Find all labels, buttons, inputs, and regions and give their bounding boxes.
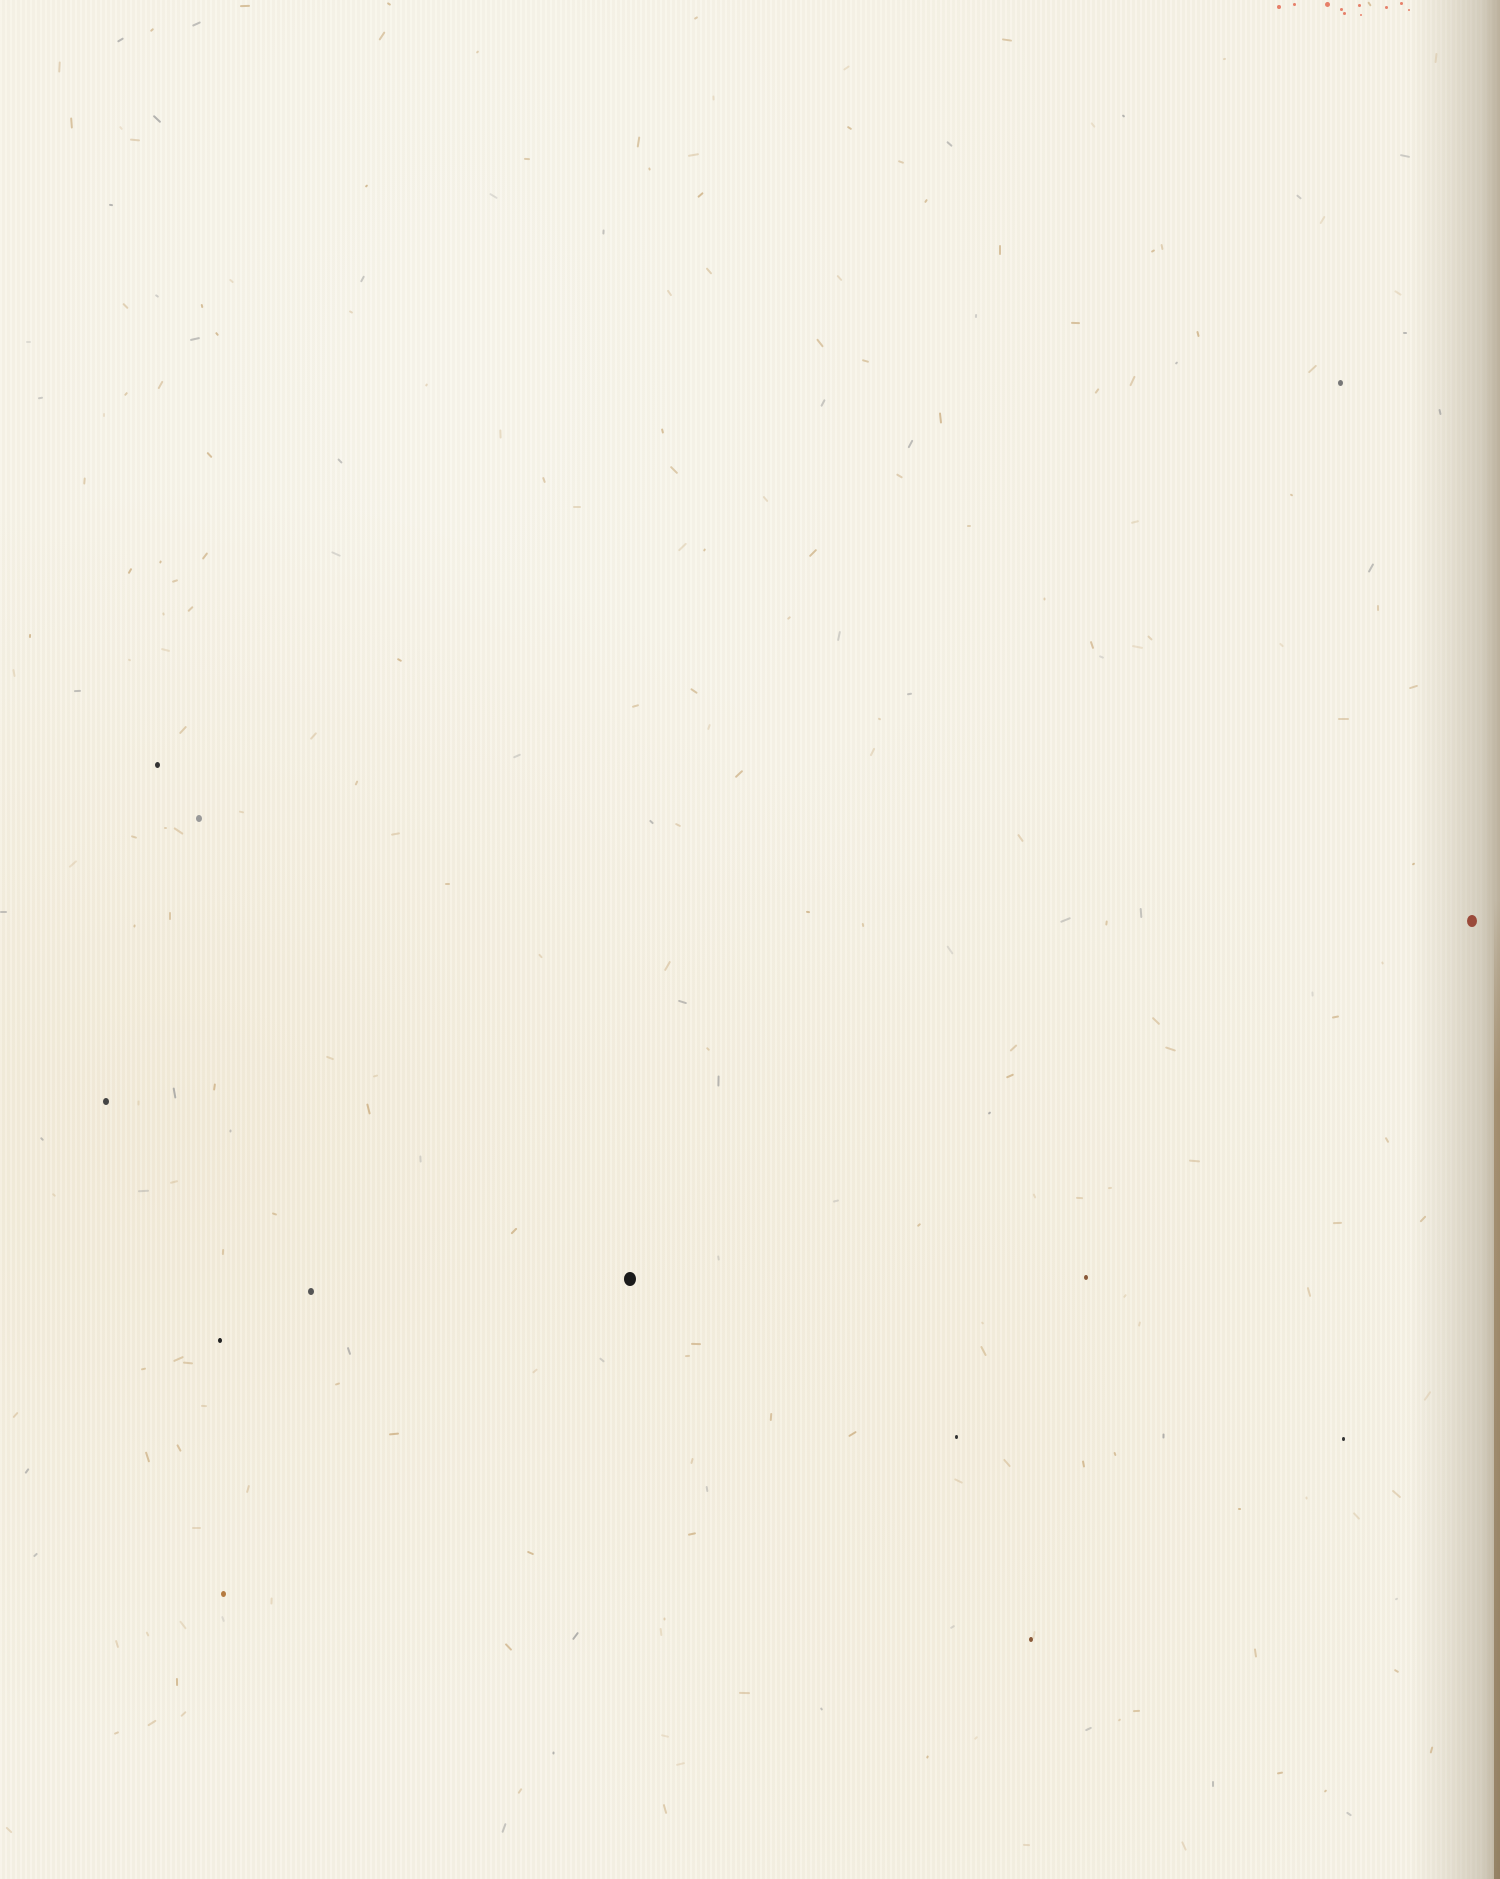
- paper-fiber: [599, 1357, 605, 1362]
- paper-fiber: [663, 1617, 665, 1620]
- paper-fiber: [1133, 1710, 1140, 1712]
- paper-fiber: [735, 770, 744, 778]
- paper-fiber: [926, 1755, 929, 1759]
- paper-fiber: [820, 399, 826, 407]
- paper-fiber: [145, 1451, 150, 1462]
- paper-fiber: [179, 726, 187, 735]
- paper-fiber: [215, 332, 219, 336]
- paper-fiber: [706, 1047, 710, 1051]
- paper-fiber: [1105, 920, 1108, 925]
- red-ink-speck: [1343, 12, 1346, 15]
- paper-fiber: [833, 1199, 839, 1202]
- paper-fiber: [1296, 194, 1302, 199]
- paper-fiber: [1181, 1841, 1187, 1851]
- paper-fiber: [975, 314, 977, 318]
- paper-fiber: [378, 31, 385, 40]
- paper-fiber: [103, 413, 105, 417]
- paper-fiber: [335, 1382, 340, 1385]
- red-ink-speck: [1277, 5, 1281, 9]
- page-edge-stain: [1494, 900, 1500, 1879]
- paper-fiber: [787, 616, 791, 620]
- paper-fiber: [678, 542, 687, 551]
- paper-fiber: [24, 1468, 29, 1474]
- paper-fiber: [1333, 1222, 1342, 1224]
- paper-fiber: [222, 1249, 224, 1255]
- paper-fiber: [162, 612, 165, 615]
- paper-fiber: [202, 552, 208, 560]
- paper-speck: [1338, 380, 1343, 386]
- paper-fiber: [159, 560, 162, 563]
- paper-fiber: [717, 1255, 720, 1260]
- paper-fiber: [707, 724, 711, 730]
- paper-fiber: [999, 245, 1001, 255]
- paper-fiber: [1367, 1, 1371, 6]
- paper-fiber: [542, 477, 546, 483]
- paper-fiber: [532, 1368, 538, 1373]
- paper-fiber: [128, 568, 133, 574]
- paper-fiber: [499, 429, 501, 438]
- paper-speck: [624, 1272, 636, 1286]
- blank-paper-page: [0, 0, 1500, 1879]
- paper-fiber: [1160, 244, 1163, 250]
- paper-fiber: [1223, 58, 1226, 61]
- paper-fiber: [131, 835, 137, 839]
- paper-fiber: [387, 2, 391, 6]
- red-ink-speck: [1358, 4, 1361, 7]
- paper-fiber: [489, 193, 498, 199]
- paper-fiber: [83, 477, 86, 484]
- paper-fiber: [1147, 635, 1153, 641]
- paper-fiber: [331, 551, 341, 557]
- red-ink-speck: [1325, 2, 1330, 7]
- paper-fiber: [137, 1100, 139, 1105]
- paper-fiber: [1338, 718, 1349, 720]
- paper-fiber: [1113, 1452, 1116, 1456]
- paper-fiber: [272, 1212, 277, 1216]
- paper-fiber: [147, 1720, 157, 1727]
- paper-fiber: [355, 780, 359, 785]
- paper-fiber: [637, 136, 641, 147]
- paper-fiber: [366, 1103, 371, 1114]
- paper-fiber: [1140, 908, 1143, 918]
- paper-fiber: [706, 267, 713, 274]
- paper-fiber: [649, 820, 654, 825]
- paper-fiber: [1033, 1193, 1037, 1198]
- red-ink-speck: [1340, 8, 1343, 11]
- paper-fiber: [988, 1111, 992, 1114]
- paper-fiber: [770, 1413, 773, 1421]
- paper-fiber: [946, 141, 953, 147]
- paper-fiber: [1307, 1287, 1312, 1297]
- paper-fiber: [12, 669, 15, 677]
- paper-fiber: [717, 1075, 719, 1086]
- paper-fiber: [712, 95, 714, 100]
- paper-fiber: [153, 115, 162, 123]
- paper-speck: [218, 1338, 222, 1343]
- paper-fiber: [115, 1640, 119, 1648]
- paper-fiber: [239, 811, 244, 814]
- paper-fiber: [1122, 114, 1126, 117]
- paper-fiber: [1324, 1789, 1328, 1793]
- paper-fiber: [29, 634, 31, 638]
- paper-fiber: [183, 1362, 193, 1365]
- paper-fiber: [1023, 1844, 1030, 1846]
- paper-fiber: [1032, 1631, 1035, 1639]
- red-ink-speck: [1400, 2, 1403, 5]
- paper-fiber: [445, 883, 450, 885]
- paper-fiber: [908, 440, 914, 449]
- paper-speck: [196, 815, 202, 822]
- paper-fiber: [133, 924, 136, 927]
- paper-fiber: [1394, 290, 1402, 296]
- paper-speck: [221, 1591, 226, 1597]
- paper-fiber: [1400, 154, 1410, 158]
- paper-fiber: [501, 1823, 506, 1833]
- paper-fiber: [1132, 645, 1143, 649]
- paper-fiber: [26, 341, 31, 343]
- paper-fiber: [907, 693, 912, 696]
- paper-fiber: [513, 754, 521, 759]
- paper-fiber: [1108, 1187, 1112, 1189]
- paper-fiber: [573, 506, 581, 508]
- paper-fiber: [517, 1788, 522, 1794]
- paper-fiber: [201, 1405, 207, 1407]
- paper-fiber: [164, 827, 167, 829]
- paper-fiber: [192, 1527, 201, 1529]
- paper-fiber: [1090, 122, 1095, 128]
- paper-fiber: [1196, 331, 1199, 337]
- paper-speck: [1342, 1437, 1345, 1441]
- paper-fiber: [1394, 1669, 1399, 1673]
- paper-fiber: [896, 473, 903, 478]
- paper-fiber: [1395, 1597, 1399, 1600]
- paper-fiber: [1010, 1044, 1018, 1052]
- paper-fiber: [150, 28, 154, 32]
- paper-fiber: [1319, 216, 1325, 225]
- paper-fiber: [155, 294, 159, 298]
- paper-fiber: [1381, 961, 1384, 965]
- paper-fiber: [176, 1678, 178, 1686]
- paper-fiber: [1002, 38, 1012, 41]
- paper-fiber: [870, 748, 876, 757]
- paper-fiber: [1099, 655, 1104, 659]
- paper-fiber: [229, 279, 234, 284]
- paper-fiber: [476, 50, 480, 54]
- paper-fiber: [538, 953, 543, 958]
- paper-fiber: [524, 158, 530, 160]
- paper-fiber: [816, 338, 824, 347]
- paper-fiber: [661, 428, 664, 433]
- paper-fiber: [138, 1190, 149, 1193]
- paper-fiber: [337, 458, 343, 464]
- paper-fiber: [109, 204, 113, 207]
- paper-fiber: [130, 139, 140, 142]
- red-ink-speck: [1360, 14, 1362, 16]
- paper-fiber: [688, 153, 699, 157]
- paper-fiber: [661, 1734, 669, 1738]
- paper-fiber: [664, 961, 671, 972]
- paper-fiber: [187, 606, 193, 612]
- paper-fiber: [74, 690, 81, 692]
- paper-fiber: [1165, 1046, 1176, 1051]
- paper-fiber: [122, 303, 128, 309]
- paper-fiber: [169, 912, 171, 920]
- paper-fiber: [806, 911, 810, 914]
- paper-fiber: [602, 229, 604, 234]
- paper-fiber: [1094, 388, 1099, 394]
- paper-fiber: [690, 688, 698, 694]
- paper-fiber: [967, 525, 971, 527]
- paper-fiber: [157, 381, 163, 390]
- paper-fiber: [373, 1074, 378, 1077]
- paper-fiber: [1189, 1160, 1200, 1163]
- paper-fiber: [1082, 1460, 1085, 1467]
- paper-speck: [1467, 915, 1477, 927]
- paper-fiber: [1346, 1811, 1352, 1816]
- paper-fiber: [706, 1486, 709, 1492]
- paper-fiber: [1377, 605, 1379, 611]
- paper-fiber: [878, 717, 882, 720]
- paper-fiber: [1090, 641, 1094, 649]
- paper-fiber: [837, 631, 841, 641]
- paper-fiber: [505, 1643, 513, 1651]
- paper-fiber: [670, 466, 678, 474]
- paper-fiber: [326, 1056, 334, 1061]
- paper-fiber: [1277, 1771, 1283, 1774]
- paper-fiber: [843, 65, 850, 71]
- paper-fiber: [145, 1631, 149, 1636]
- paper-fiber: [660, 1628, 663, 1636]
- paper-fiber: [128, 658, 132, 661]
- paper-fiber: [690, 1458, 694, 1464]
- paper-fiber: [12, 1412, 18, 1419]
- paper-fiber: [667, 290, 673, 297]
- paper-fiber: [1131, 520, 1139, 524]
- paper-fiber: [848, 1431, 857, 1437]
- paper-fiber: [1129, 376, 1135, 387]
- paper-fiber: [809, 549, 817, 557]
- paper-fiber: [58, 61, 61, 72]
- paper-fiber: [1308, 365, 1317, 374]
- paper-fiber: [527, 1551, 534, 1556]
- paper-fiber: [119, 126, 123, 130]
- paper-fiber: [1238, 1508, 1241, 1510]
- paper-fiber: [924, 199, 928, 203]
- red-ink-speck: [1408, 9, 1410, 11]
- paper-fiber: [1254, 1648, 1257, 1657]
- paper-fiber: [678, 1000, 687, 1005]
- paper-fiber: [917, 1223, 921, 1227]
- paper-fiber: [180, 1711, 186, 1717]
- paper-fiber: [229, 1129, 231, 1132]
- paper-fiber: [939, 412, 942, 423]
- paper-fiber: [1385, 1137, 1390, 1143]
- paper-fiber: [1279, 643, 1284, 648]
- paper-fiber: [1152, 1017, 1161, 1025]
- paper-fiber: [1060, 917, 1071, 923]
- red-ink-speck: [1293, 3, 1296, 6]
- paper-fiber: [33, 1553, 38, 1558]
- paper-fiber: [124, 392, 128, 396]
- paper-fiber: [419, 1155, 421, 1162]
- paper-fiber: [391, 832, 400, 836]
- paper-fiber: [974, 1736, 978, 1740]
- paper-fiber: [1368, 563, 1375, 573]
- paper-fiber: [192, 21, 201, 26]
- paper-fiber: [694, 16, 698, 20]
- paper-fiber: [946, 945, 953, 954]
- paper-fiber: [1123, 1294, 1127, 1298]
- paper-fiber: [397, 658, 402, 662]
- paper-fiber: [1085, 1727, 1092, 1732]
- paper-fiber: [221, 1616, 225, 1622]
- paper-fiber: [40, 1137, 44, 1141]
- paper-fiber: [820, 1707, 823, 1711]
- paper-fiber: [950, 1625, 955, 1629]
- paper-fiber: [739, 1692, 750, 1694]
- paper-fiber: [1290, 493, 1294, 496]
- paper-fiber: [389, 1432, 399, 1435]
- paper-fiber: [552, 1751, 554, 1754]
- paper-fiber: [1003, 1459, 1011, 1468]
- paper-fiber: [980, 1346, 987, 1357]
- paper-speck: [955, 1435, 958, 1439]
- paper-fiber: [5, 1827, 12, 1834]
- paper-fiber: [1118, 1718, 1122, 1721]
- paper-fiber: [213, 1083, 216, 1090]
- paper-fiber: [762, 496, 768, 503]
- paper-fiber: [1006, 1073, 1014, 1078]
- paper-fiber: [510, 1227, 517, 1234]
- paper-fiber: [691, 1343, 701, 1345]
- paper-fiber: [1212, 1781, 1214, 1787]
- paper-fiber: [206, 452, 212, 458]
- paper-fiber: [847, 126, 852, 130]
- paper-fiber: [1138, 1321, 1141, 1326]
- paper-fiber: [176, 1444, 182, 1452]
- paper-fiber: [862, 923, 865, 927]
- paper-fiber: [1403, 332, 1407, 334]
- paper-fiber: [1175, 361, 1179, 364]
- paper-fiber: [1162, 1433, 1164, 1438]
- paper-fiber: [1332, 1015, 1339, 1018]
- paper-fiber: [675, 823, 681, 827]
- paper-fiber: [1353, 1512, 1361, 1520]
- paper-fiber: [141, 1367, 146, 1370]
- paper-fiber: [954, 1478, 963, 1484]
- paper-fiber: [360, 275, 365, 282]
- paper-speck: [1084, 1275, 1088, 1280]
- paper-fiber: [173, 827, 183, 835]
- paper-fiber: [69, 860, 78, 868]
- red-ink-speck: [1385, 6, 1388, 9]
- paper-fiber: [1305, 1496, 1307, 1499]
- paper-fiber: [201, 304, 204, 308]
- paper-fiber: [170, 1180, 178, 1184]
- paper-fiber: [117, 37, 124, 42]
- paper-fiber: [0, 911, 7, 913]
- paper-fiber: [898, 160, 904, 164]
- paper-fiber: [676, 1762, 685, 1766]
- paper-fiber: [862, 359, 869, 363]
- paper-fiber: [697, 192, 704, 198]
- paper-fiber: [347, 1347, 351, 1355]
- paper-fiber: [663, 1804, 668, 1814]
- paper-fiber: [240, 5, 250, 7]
- binding-shadow: [1410, 0, 1500, 1879]
- paper-fiber: [572, 1632, 579, 1640]
- paper-speck: [103, 1098, 109, 1105]
- paper-fiber: [190, 337, 200, 341]
- paper-fiber: [70, 117, 73, 128]
- paper-fiber: [172, 579, 178, 583]
- paper-fiber: [310, 732, 318, 740]
- paper-fiber: [161, 648, 170, 652]
- paper-fiber: [648, 167, 651, 170]
- paper-fiber: [246, 1485, 250, 1493]
- paper-fiber: [270, 1597, 272, 1604]
- paper-fiber: [1392, 1490, 1402, 1499]
- paper-fiber: [632, 704, 639, 708]
- paper-fiber: [52, 1193, 56, 1197]
- paper-fiber: [688, 1532, 696, 1536]
- paper-fiber: [685, 1355, 690, 1357]
- paper-speck: [155, 762, 160, 768]
- paper-fiber: [1043, 597, 1045, 600]
- paper-fiber: [703, 548, 706, 552]
- paper-fiber: [349, 310, 353, 314]
- paper-fiber: [836, 275, 842, 282]
- paper-fiber: [1071, 322, 1080, 324]
- paper-fiber: [1017, 834, 1024, 843]
- paper-fiber: [173, 1087, 177, 1098]
- paper-fiber: [114, 1731, 119, 1735]
- paper-fiber: [38, 397, 43, 400]
- paper-fiber: [1151, 249, 1155, 253]
- paper-fiber: [1311, 991, 1313, 996]
- paper-fiber: [179, 1620, 187, 1629]
- paper-fiber: [425, 383, 428, 387]
- paper-fiber: [365, 184, 369, 187]
- paper-fiber: [981, 1321, 985, 1325]
- paper-speck: [308, 1288, 314, 1295]
- paper-fiber: [1076, 1197, 1083, 1199]
